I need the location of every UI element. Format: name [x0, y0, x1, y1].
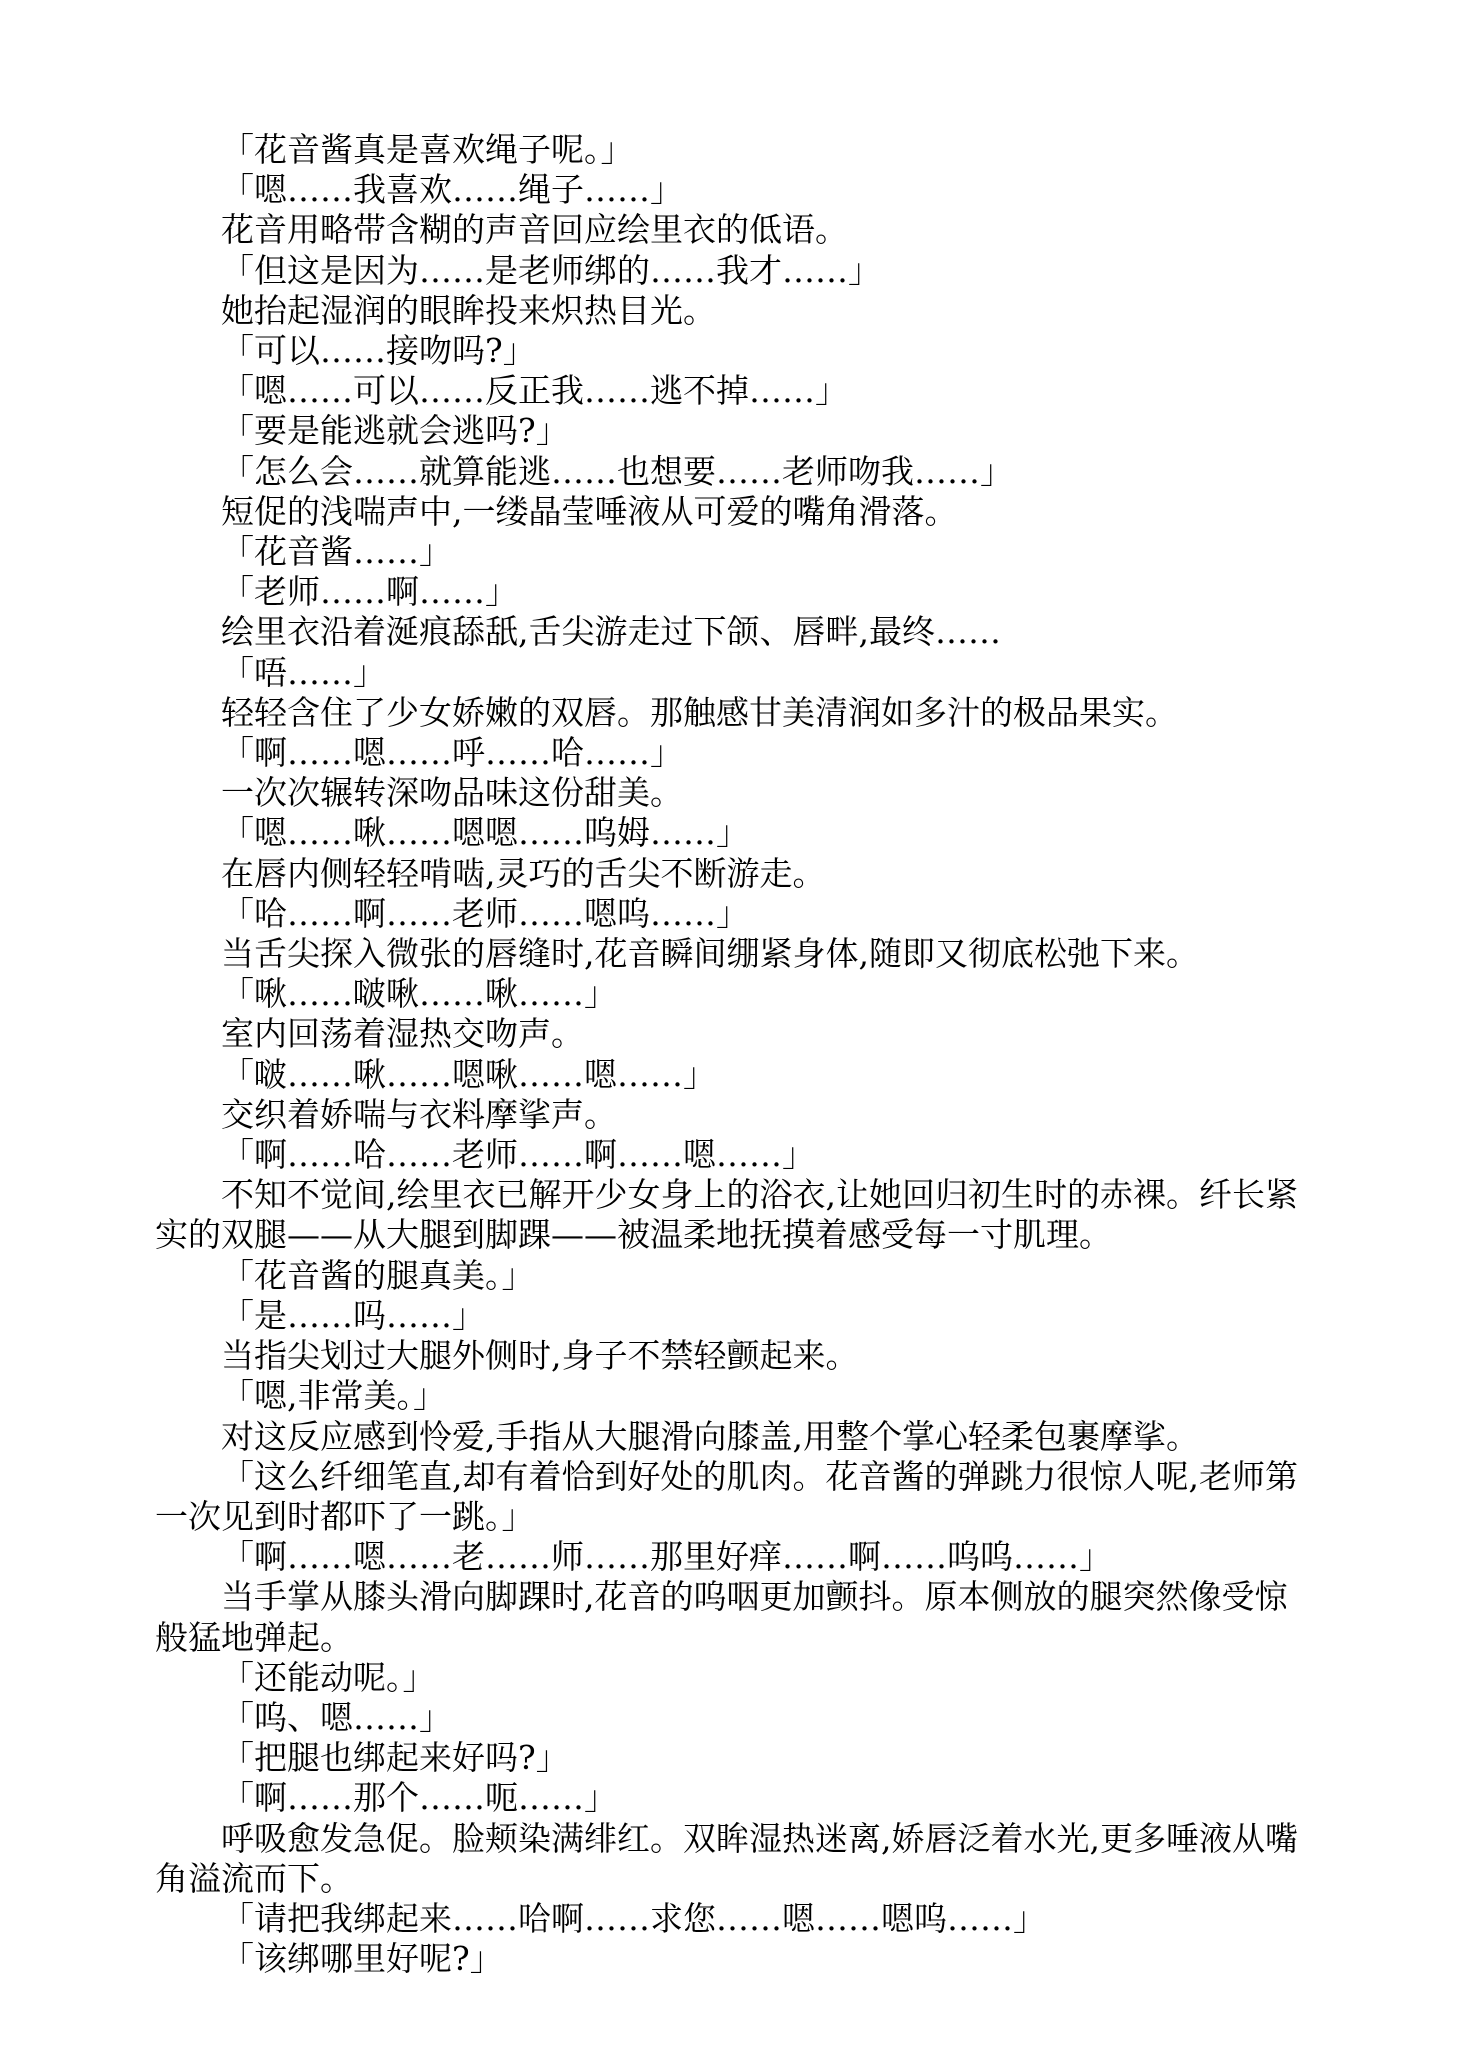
dialogue-line: 「是……吗……」: [155, 1296, 1441, 1336]
dialogue-line: 「啊……嗯……呼……哈……」: [155, 733, 1441, 773]
narration-line: 般猛地弹起。: [155, 1618, 1441, 1658]
narration-line: 室内回荡着湿热交吻声。: [155, 1014, 1441, 1054]
dialogue-line: 「嗯,非常美。」: [155, 1376, 1441, 1416]
dialogue-line: 「还能动呢。」: [155, 1658, 1441, 1698]
dialogue-line: 「呜、嗯……」: [155, 1698, 1441, 1738]
dialogue-line: 「嗯……啾……嗯嗯……呜姆……」: [155, 813, 1441, 853]
dialogue-line: 「嗯……可以……反正我……逃不掉……」: [155, 371, 1441, 411]
narration-line: 一次次辗转深吻品味这份甜美。: [155, 773, 1441, 813]
dialogue-line: 「花音酱……」: [155, 532, 1441, 572]
dialogue-line: 「啵……啾……嗯啾……嗯……」: [155, 1055, 1441, 1095]
narration-line: 不知不觉间,绘里衣已解开少女身上的浴衣,让她回归初生时的赤裸。纤长紧: [155, 1175, 1441, 1215]
narration-line: 交织着娇喘与衣料摩挲声。: [155, 1095, 1441, 1135]
dialogue-line: 「要是能逃就会逃吗?」: [155, 411, 1441, 451]
dialogue-line: 「啊……那个……呃……」: [155, 1778, 1441, 1818]
narration-line: 实的双腿——从大腿到脚踝——被温柔地抚摸着感受每一寸肌理。: [155, 1215, 1441, 1255]
dialogue-line: 「花音酱真是喜欢绳子呢。」: [155, 130, 1441, 170]
narration-line: 对这反应感到怜爱,手指从大腿滑向膝盖,用整个掌心轻柔包裹摩挲。: [155, 1417, 1441, 1457]
text-block: 「花音酱真是喜欢绳子呢。」「嗯……我喜欢……绳子……」花音用略带含糊的声音回应绘…: [0, 0, 1481, 1979]
novel-page: 「花音酱真是喜欢绳子呢。」「嗯……我喜欢……绳子……」花音用略带含糊的声音回应绘…: [0, 0, 1481, 2071]
dialogue-line: 「这么纤细笔直,却有着恰到好处的肌肉。花音酱的弹跳力很惊人呢,老师第: [155, 1457, 1441, 1497]
narration-line: 轻轻含住了少女娇嫩的双唇。那触感甘美清润如多汁的极品果实。: [155, 693, 1441, 733]
narration-line: 角溢流而下。: [155, 1859, 1441, 1899]
narration-line: 花音用略带含糊的声音回应绘里衣的低语。: [155, 210, 1441, 250]
dialogue-line: 「嗯……我喜欢……绳子……」: [155, 170, 1441, 210]
narration-line: 当舌尖探入微张的唇缝时,花音瞬间绷紧身体,随即又彻底松弛下来。: [155, 934, 1441, 974]
narration-line: 她抬起湿润的眼眸投来炽热目光。: [155, 291, 1441, 331]
dialogue-line: 「啊……嗯……老……师……那里好痒……啊……呜呜……」: [155, 1537, 1441, 1577]
dialogue-line: 「可以……接吻吗?」: [155, 331, 1441, 371]
narration-line: 当指尖划过大腿外侧时,身子不禁轻颤起来。: [155, 1336, 1441, 1376]
narration-line: 绘里衣沿着涎痕舔舐,舌尖游走过下颌、唇畔,最终……: [155, 612, 1441, 652]
dialogue-line: 「但这是因为……是老师绑的……我才……」: [155, 251, 1441, 291]
narration-line: 短促的浅喘声中,一缕晶莹唾液从可爱的嘴角滑落。: [155, 492, 1441, 532]
dialogue-line: 「啊……哈……老师……啊……嗯……」: [155, 1135, 1441, 1175]
narration-line: 在唇内侧轻轻啃啮,灵巧的舌尖不断游走。: [155, 854, 1441, 894]
dialogue-line: 「怎么会……就算能逃……也想要……老师吻我……」: [155, 452, 1441, 492]
dialogue-line: 「请把我绑起来……哈啊……求您……嗯……嗯呜……」: [155, 1899, 1441, 1939]
dialogue-line: 「该绑哪里好呢?」: [155, 1939, 1441, 1979]
dialogue-line: 「哈……啊……老师……嗯呜……」: [155, 894, 1441, 934]
narration-line: 当手掌从膝头滑向脚踝时,花音的呜咽更加颤抖。原本侧放的腿突然像受惊: [155, 1577, 1441, 1617]
dialogue-line: 「啾……啵啾……啾……」: [155, 974, 1441, 1014]
dialogue-line: 「把腿也绑起来好吗?」: [155, 1738, 1441, 1778]
dialogue-line: 「老师……啊……」: [155, 572, 1441, 612]
dialogue-line: 「唔……」: [155, 653, 1441, 693]
narration-line: 呼吸愈发急促。脸颊染满绯红。双眸湿热迷离,娇唇泛着水光,更多唾液从嘴: [155, 1819, 1441, 1859]
dialogue-line: 「花音酱的腿真美。」: [155, 1256, 1441, 1296]
dialogue-line: 一次见到时都吓了一跳。」: [155, 1497, 1441, 1537]
